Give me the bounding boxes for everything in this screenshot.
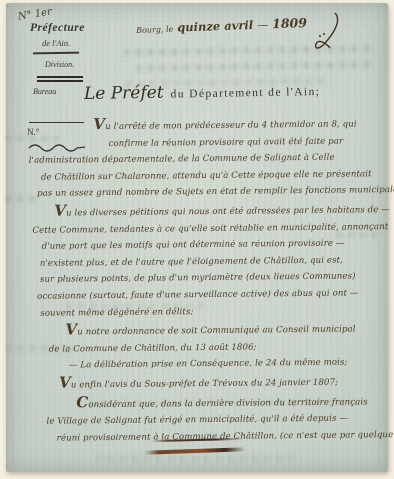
- bureau-label: Bureau: [33, 87, 56, 96]
- double-rule: [37, 80, 83, 82]
- bleedthrough-smear: [96, 455, 296, 462]
- letterhead-department: de l'Ain.: [42, 38, 70, 48]
- scan-background: N° 1er Préfecture de l'Ain. Division. Bu…: [0, 0, 394, 479]
- body-line: Vu enfin l'avis du Sous-préfet de Trévou…: [59, 371, 385, 394]
- folio-number: N° 1er: [17, 6, 52, 22]
- title-script: Le Préfet: [84, 83, 164, 104]
- title-roman: du Département de l'Ain;: [171, 86, 321, 101]
- body-line: Vu notre ordonnance de soit Communiqué a…: [65, 318, 384, 341]
- ink-stroke-bottom: [144, 447, 246, 454]
- body-line: confirme la réunion provisoire qui avait…: [108, 133, 382, 152]
- paraph-icon: [311, 11, 341, 55]
- letterhead-rule: [33, 52, 79, 54]
- dateline-separator: —: [257, 18, 268, 31]
- dateline-prefix: Bourg, le: [136, 25, 173, 35]
- dateline: Bourg, lequinze avril—1809: [136, 12, 307, 37]
- body-text: Vu l'arrêté de mon prédécesseur du 4 the…: [26, 113, 385, 447]
- letterhead-office: Préfecture: [30, 22, 85, 34]
- division-label: Division.: [45, 60, 74, 69]
- dateline-year: 1809: [272, 15, 307, 31]
- body-line: Vu l'arrêté de mon prédécesseur du 4 the…: [93, 113, 382, 136]
- double-rule: [37, 76, 83, 78]
- manuscript-page: N° 1er Préfecture de l'Ain. Division. Bu…: [6, 3, 388, 472]
- dateline-date: quinze avril: [177, 18, 253, 35]
- document-title: Le Préfetdu Département de l'Ain;: [84, 80, 321, 104]
- bleedthrough-smear: [136, 61, 374, 72]
- body-line: réuni provisoirement à la Commune de Châ…: [57, 427, 386, 447]
